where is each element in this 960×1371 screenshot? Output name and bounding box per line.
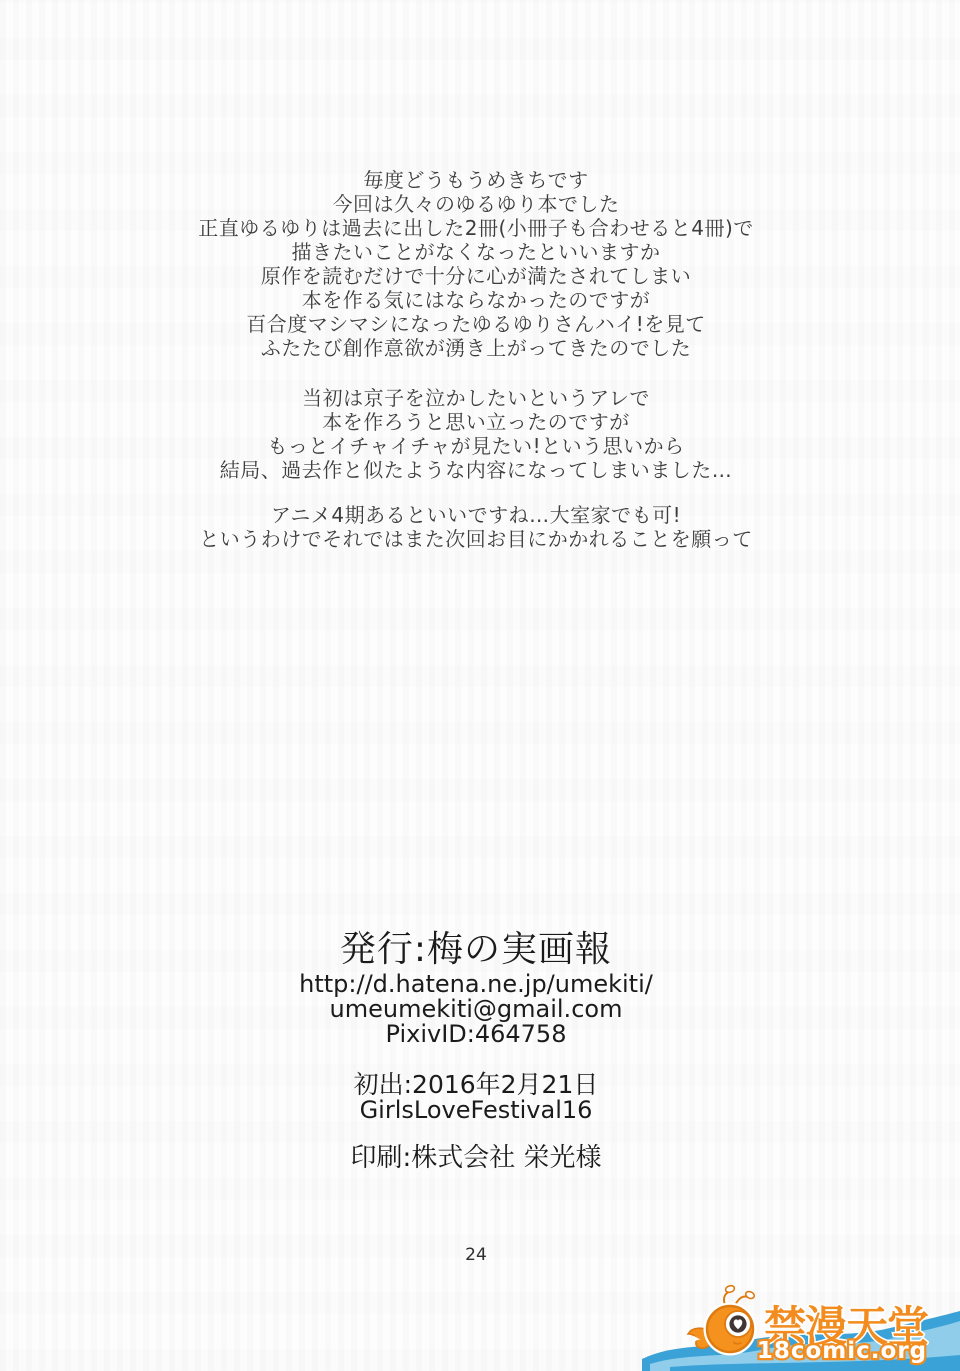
watermark-site-url: 18comic.org (757, 1338, 927, 1364)
pixiv-id: PixivID:464758 (0, 1022, 952, 1047)
afterword-line: 本を作ろうと思い立ったのですが (0, 410, 952, 434)
afterword-paragraph-2: 当初は京子を泣かしたいというアレで 本を作ろうと思い立ったのですが もっとイチャ… (0, 386, 952, 482)
afterword-text: 毎度どうもうめきちです 今回は久々のゆるゆり本でした 正直ゆるゆりは過去に出した… (0, 168, 952, 551)
event-name: GirlsLoveFestival16 (0, 1098, 952, 1123)
printer-credit: 印刷:株式会社 栄光様 (0, 1143, 952, 1173)
afterword-line: もっとイチャイチャが見たい!という思いから (0, 434, 952, 458)
afterword-line: 結局、過去作と似たような内容になってしまいました… (0, 458, 952, 482)
publisher-title: 発行:梅の実画報 (0, 928, 952, 972)
afterword-paragraph-1: 毎度どうもうめきちです 今回は久々のゆるゆり本でした 正直ゆるゆりは過去に出した… (0, 168, 952, 360)
afterword-line: 今回は久々のゆるゆり本でした (0, 192, 952, 216)
first-publication-date: 初出:2016年2月21日 (0, 1072, 952, 1098)
afterword-line: ふたたび創作意欲が湧き上がってきたのでした (0, 336, 952, 360)
watermark-graphic: 禁漫天堂 18comic.org (630, 1265, 960, 1371)
afterword-line: アニメ4期あるといいですね…大室家でも可! (0, 503, 952, 527)
whale-mascot-icon (688, 1285, 757, 1356)
watermark: 禁漫天堂 18comic.org (630, 1265, 960, 1371)
afterword-line: 本を作る気にはならなかったのですが (0, 288, 952, 312)
page-number: 24 (0, 1245, 952, 1265)
publisher-email: umeumekiti@gmail.com (0, 997, 952, 1022)
afterword-line: 描きたいことがなくなったといいますか (0, 240, 952, 264)
afterword-paragraph-3: アニメ4期あるといいですね…大室家でも可! というわけでそれではまた次回お目にか… (0, 503, 952, 551)
afterword-line: 当初は京子を泣かしたいというアレで (0, 386, 952, 410)
colophon: 発行:梅の実画報 http://d.hatena.ne.jp/umekiti/ … (0, 928, 952, 1173)
afterword-line: 毎度どうもうめきちです (0, 168, 952, 192)
publisher-website: http://d.hatena.ne.jp/umekiti/ (0, 972, 952, 997)
afterword-line: というわけでそれではまた次回お目にかかれることを願って (0, 527, 952, 551)
afterword-line: 原作を読むだけで十分に心が満たされてしまい (0, 264, 952, 288)
afterword-line: 百合度マシマシになったゆるゆりさんハイ!を見て (0, 312, 952, 336)
afterword-line: 正直ゆるゆりは過去に出した2冊(小冊子も合わせると4冊)で (0, 216, 952, 240)
